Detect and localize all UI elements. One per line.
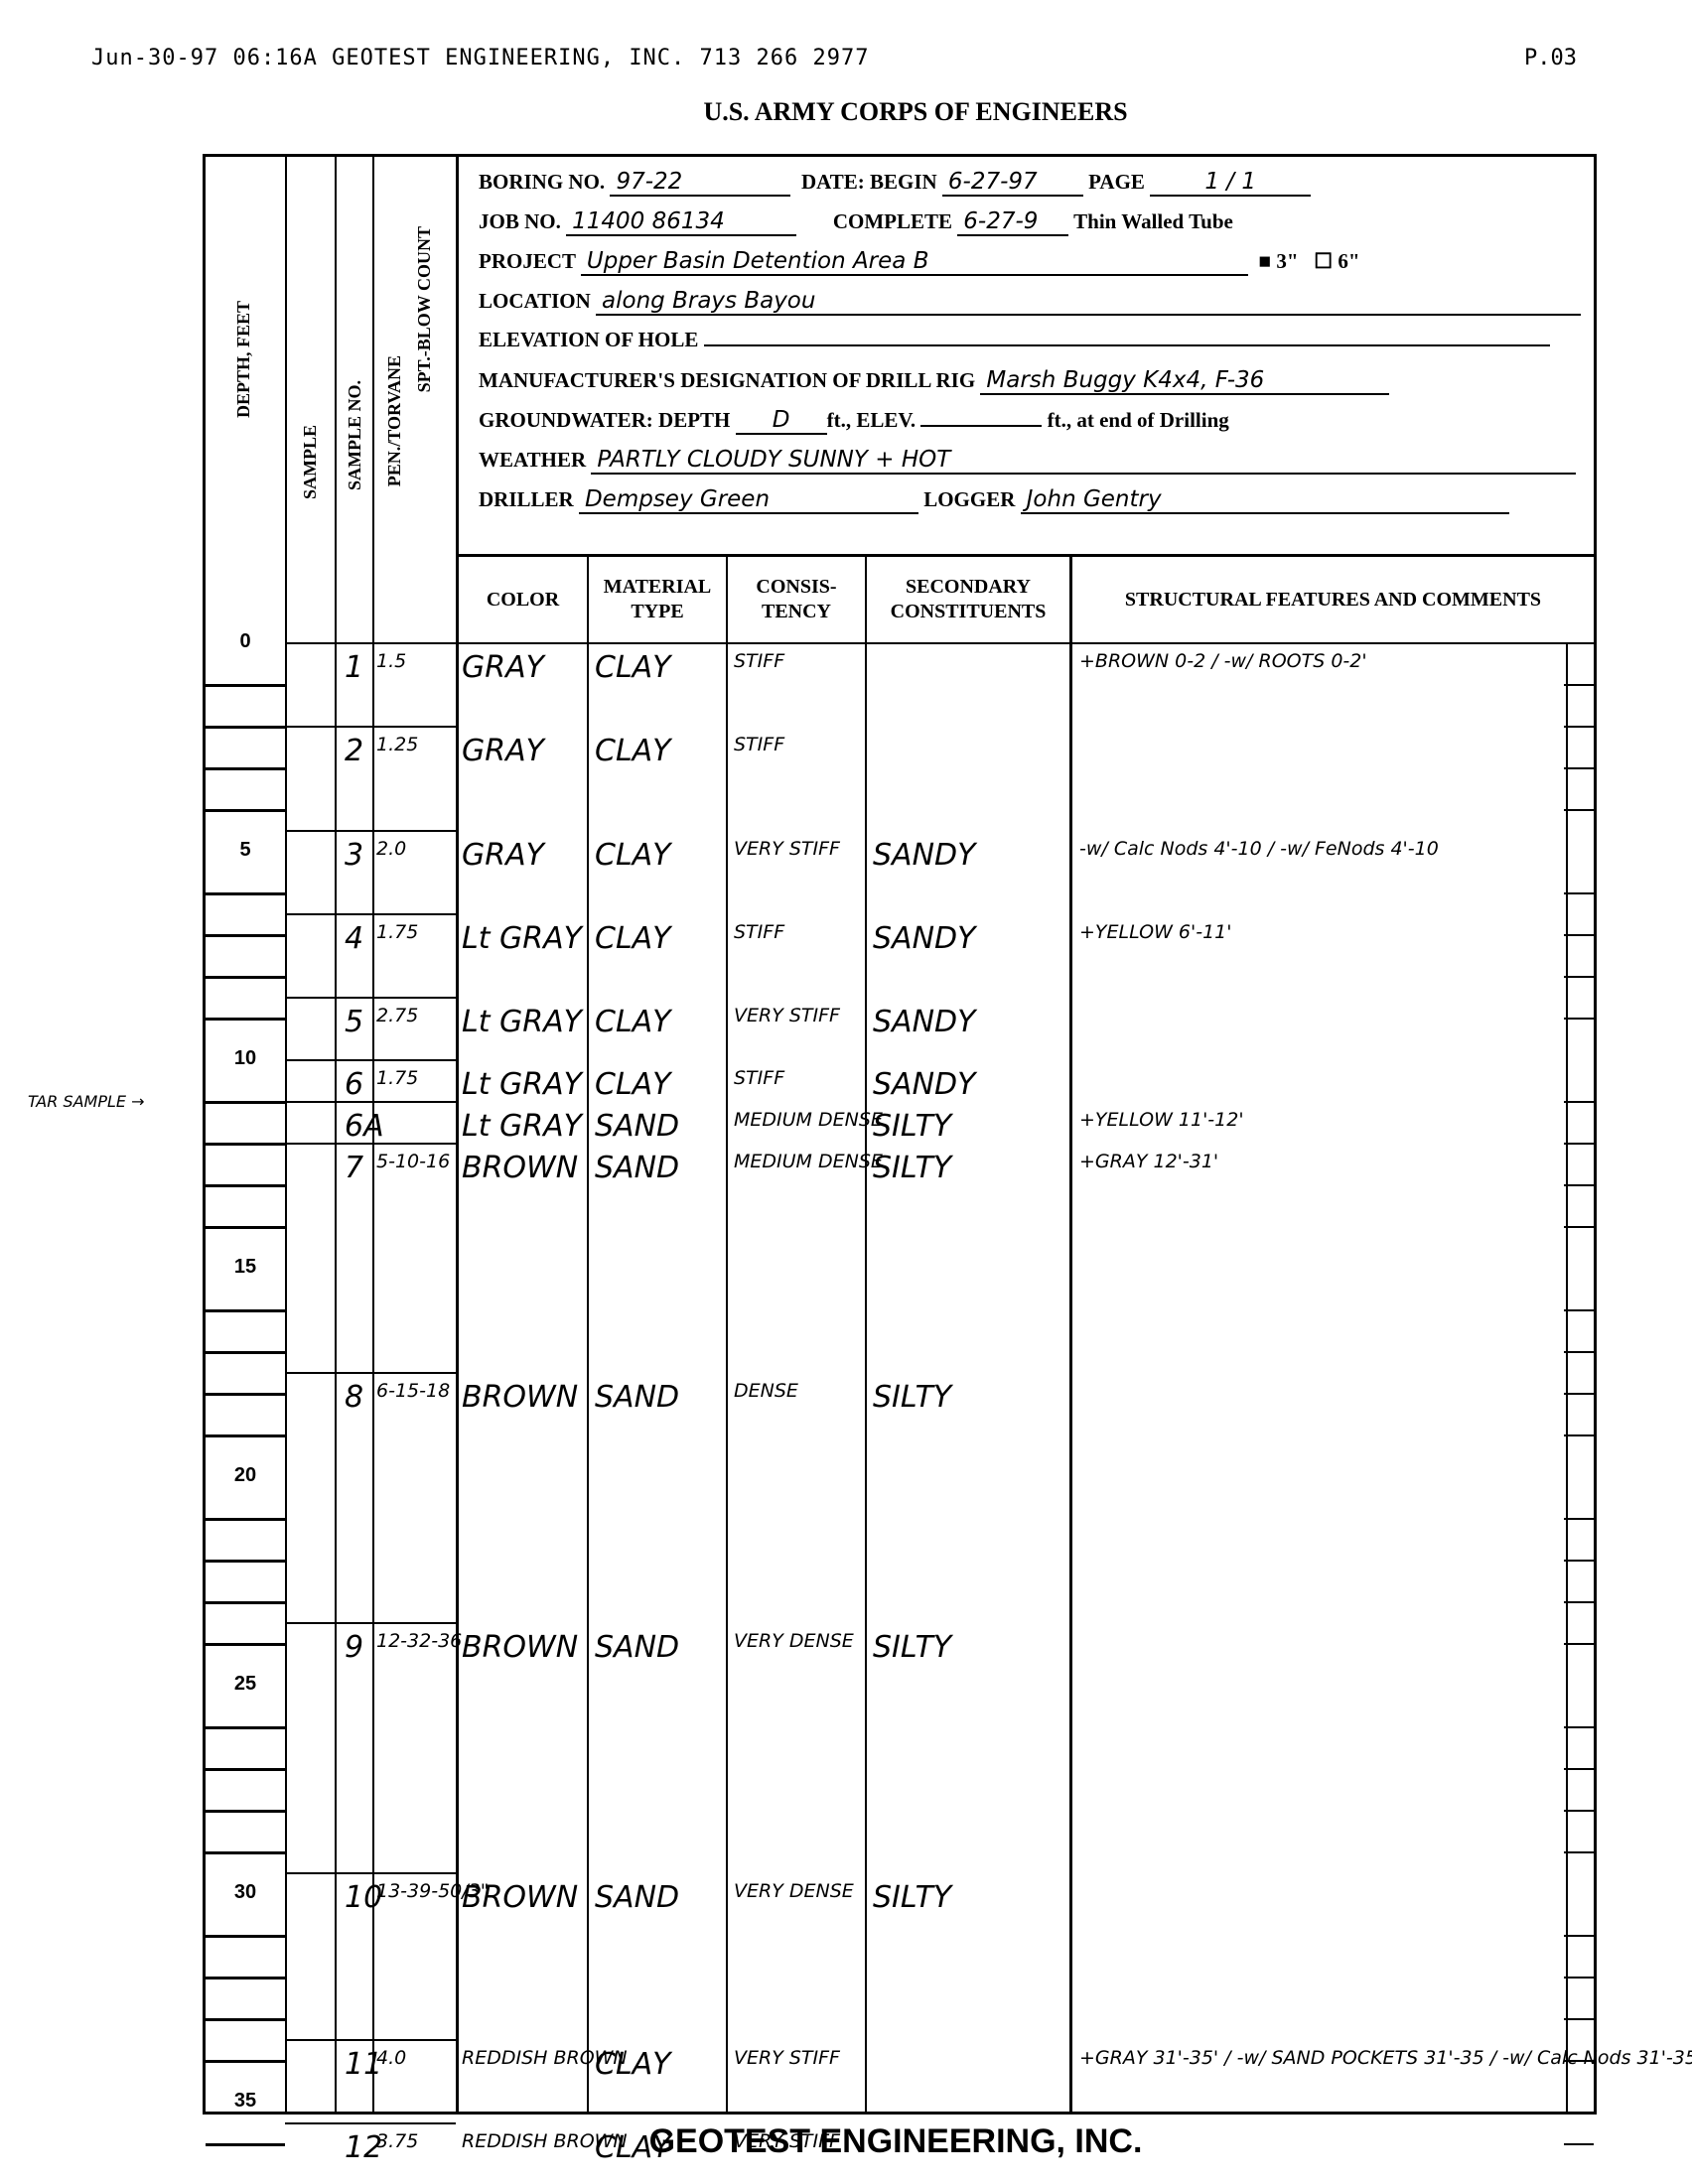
sample-divider (285, 1059, 456, 1061)
depth-tick: 5 (206, 839, 285, 862)
sample-secondary: SANDY (873, 838, 975, 873)
date-complete[interactable]: 6-27-9 (957, 208, 1068, 236)
depth-gridline (206, 1018, 285, 1021)
footer-company: GEOTEST ENGINEERING, INC. (0, 2122, 1692, 2161)
boring-log-form: DEPTH, FEET SAMPLE SAMPLE NO. PEN./TORVA… (203, 154, 1597, 2115)
checkbox-6in[interactable]: ☐ (1314, 249, 1333, 273)
sample-divider (285, 1143, 456, 1145)
spt-header: SPT.-BLOW COUNT (414, 226, 435, 392)
depth-gridline (206, 1434, 285, 1437)
depth-tick: 0 (206, 630, 285, 653)
sample-comment: +GRAY 12'-31' (1079, 1151, 1218, 1172)
divider (1566, 642, 1568, 2112)
sample-pen-value: 1.25 (376, 734, 418, 755)
col-consistency: CONSIS- TENCY (726, 557, 865, 642)
depth-gridline (1564, 1601, 1594, 1603)
depth-gridline (206, 1726, 285, 1729)
depth-gridline (1564, 1560, 1594, 1562)
sample-consistency: MEDIUM DENSE (734, 1151, 883, 1172)
sample-header: SAMPLE (300, 425, 321, 499)
sample-material: SAND (595, 1151, 679, 1185)
depth-gridline (206, 684, 285, 687)
job-label: JOB NO. (479, 209, 561, 233)
depth-gridline (1564, 1810, 1594, 1812)
logger[interactable]: John Gentry (1021, 486, 1509, 514)
sample-secondary: SILTY (873, 1151, 951, 1185)
sample-color: BROWN (462, 1630, 578, 1665)
depth-gridline (206, 1393, 285, 1396)
sample-material: CLAY (595, 838, 671, 873)
col-structural: STRUCTURAL FEATURES AND COMMENTS (1069, 557, 1594, 642)
sample-consistency: STIFF (734, 1067, 784, 1089)
page-label: PAGE (1088, 170, 1145, 194)
depth-tick: 15 (206, 1256, 285, 1279)
sample-secondary: SILTY (873, 1380, 951, 1415)
sample-sample-no: 5 (345, 1005, 363, 1039)
sample-pen-value: 2.0 (376, 838, 406, 860)
sample-secondary: SANDY (873, 1005, 975, 1039)
depth-gridline (206, 1309, 285, 1312)
pen-header: PEN./TORVANE (384, 355, 405, 486)
depth-gridline (1564, 1226, 1594, 1228)
sample-divider (285, 1622, 456, 1624)
depth-gridline (1564, 1143, 1594, 1145)
depth-gridline (206, 1810, 285, 1813)
sample-material: SAND (595, 1880, 679, 1915)
depth-gridline (206, 934, 285, 937)
sample-color: Lt GRAY (462, 921, 582, 956)
depth-gridline (1564, 1643, 1594, 1645)
depth-gridline (1564, 1309, 1594, 1311)
job-no[interactable]: 11400 86134 (566, 208, 796, 236)
sample-consistency: VERY STIFF (734, 838, 840, 860)
sample-comment: -w/ Calc Nods 4'-10 / -w/ FeNods 4'-10 (1079, 838, 1439, 860)
depth-gridline (1564, 892, 1594, 894)
depth-tick: 30 (206, 1881, 285, 1904)
depth-gridline (1564, 1935, 1594, 1937)
depth-gridline (1564, 726, 1594, 728)
depth-tick: 35 (206, 2090, 285, 2113)
logger-label: LOGGER (923, 487, 1015, 511)
sample-divider (285, 1101, 456, 1103)
sample-color: BROWN (462, 1880, 578, 1915)
sample-material: CLAY (595, 921, 671, 956)
fax-header: Jun-30-97 06:16A GEOTEST ENGINEERING, IN… (91, 46, 869, 70)
depth-gridline (206, 1935, 285, 1938)
sample-material: CLAY (595, 2047, 671, 2082)
depth-gridline (1564, 1518, 1594, 1520)
sample-consistency: VERY STIFF (734, 1005, 840, 1026)
sample-color: Lt GRAY (462, 1005, 582, 1039)
depth-gridline (206, 1518, 285, 1521)
tube-6-label: 6" (1338, 249, 1359, 273)
tar-sample-note: TAR SAMPLE → (28, 1092, 145, 1111)
sample-color: Lt GRAY (462, 1067, 582, 1102)
sample-material: SAND (595, 1109, 679, 1144)
date-begin-label: DATE: BEGIN (801, 170, 937, 194)
depth-gridline (206, 809, 285, 812)
depth-gridline (206, 1101, 285, 1104)
gw-end-label: ft., at end of Drilling (1048, 408, 1229, 432)
drill-rig[interactable]: Marsh Buggy K4x4, F-36 (980, 367, 1389, 395)
depth-gridline (1564, 1851, 1594, 1853)
sample-consistency: VERY DENSE (734, 1880, 854, 1902)
sample-divider (285, 642, 456, 644)
elevation[interactable] (704, 344, 1550, 346)
depth-gridline (1564, 976, 1594, 978)
depth-gridline (206, 767, 285, 770)
depth-gridline (1564, 1018, 1594, 1020)
depth-gridline (206, 1768, 285, 1771)
sample-consistency: MEDIUM DENSE (734, 1109, 883, 1131)
sample-secondary: SANDY (873, 1067, 975, 1102)
divider (865, 642, 867, 2112)
checkbox-3in-checked[interactable]: ■ (1258, 249, 1271, 273)
sample-pen-value: 12-32-36 (376, 1630, 462, 1652)
sample-sample-no: 6 (345, 1067, 363, 1102)
depth-gridline (206, 1184, 285, 1187)
sample-comment: +GRAY 31'-35' / -w/ SAND POCKETS 31'-35 … (1079, 2047, 1692, 2069)
sample-consistency: STIFF (734, 734, 784, 755)
sample-divider (285, 2039, 456, 2041)
depth-gridline (1564, 1977, 1594, 1979)
depth-gridline (1564, 1768, 1594, 1770)
col-color: COLOR (456, 557, 587, 642)
agency-title: U.S. ARMY CORPS OF ENGINEERS (0, 97, 1692, 127)
sample-color: GRAY (462, 650, 544, 685)
sample-pen-value: 1.75 (376, 921, 418, 943)
depth-tick: 20 (206, 1464, 285, 1487)
sample-pen-value: 5-10-16 (376, 1151, 450, 1172)
depth-gridline (206, 1351, 285, 1354)
depth-gridline (206, 726, 285, 729)
sample-divider (285, 726, 456, 728)
sample-sample-no: 4 (345, 921, 363, 956)
sample-consistency: VERY STIFF (734, 2047, 840, 2069)
sample-consistency: VERY DENSE (734, 1630, 854, 1652)
gw-depth[interactable]: D (736, 407, 827, 435)
depth-gridline (206, 2018, 285, 2021)
sample-sample-no: 8 (345, 1380, 363, 1415)
divider (587, 642, 589, 2112)
elevation-label: ELEVATION OF HOLE (479, 328, 698, 351)
depth-gridline (206, 2060, 285, 2063)
col-secondary: SECONDARY CONSTITUENTS (865, 557, 1069, 642)
gw-ft-label: ft., ELEV. (827, 408, 916, 432)
sample-secondary: SANDY (873, 921, 975, 956)
sample-comment: +YELLOW 6'-11' (1079, 921, 1231, 943)
depth-gridline (206, 1851, 285, 1854)
sample-consistency: STIFF (734, 921, 784, 943)
divider (285, 157, 287, 2112)
depth-gridline (206, 1143, 285, 1146)
boring-label: BORING NO. (479, 170, 605, 194)
sample-material: CLAY (595, 1067, 671, 1102)
sample-pen-value: 6-15-18 (376, 1380, 450, 1402)
driller[interactable]: Dempsey Green (579, 486, 918, 514)
sample-color: Lt GRAY (462, 1109, 582, 1144)
project[interactable]: Upper Basin Detention Area B (581, 248, 1248, 276)
divider (335, 157, 337, 2112)
divider (726, 642, 728, 2112)
tube-3-label: 3" (1276, 249, 1298, 273)
weather-label: WEATHER (479, 448, 586, 472)
sample-secondary: SILTY (873, 1109, 951, 1144)
depth-gridline (1564, 1351, 1594, 1353)
depth-tick: 10 (206, 1047, 285, 1070)
boring-header: BORING NO. 97-22 DATE: BEGIN 6-27-97 PAG… (456, 157, 1594, 557)
sample-sample-no: 1 (345, 650, 363, 685)
depth-gridline (1564, 934, 1594, 936)
depth-gridline (1564, 1393, 1594, 1395)
gw-elev[interactable] (920, 425, 1042, 427)
depth-gridline (1564, 1101, 1594, 1103)
col-material: MATERIAL TYPE (587, 557, 726, 642)
sample-sample-no: 7 (345, 1151, 363, 1185)
depth-gridline (1564, 1184, 1594, 1186)
depth-header: DEPTH, FEET (233, 301, 254, 418)
gw-label: GROUNDWATER: DEPTH (479, 408, 730, 432)
sample-divider (285, 1872, 456, 1874)
sample-material: CLAY (595, 1005, 671, 1039)
driller-label: DRILLER (479, 487, 574, 511)
sample-sample-no: 2 (345, 734, 363, 768)
complete-label: COMPLETE (833, 209, 952, 233)
sample-pen-value: 2.75 (376, 1005, 418, 1026)
sample-material: SAND (595, 1630, 679, 1665)
depth-gridline (206, 892, 285, 895)
sample-consistency: DENSE (734, 1380, 798, 1402)
depth-gridline (1564, 1434, 1594, 1436)
sample-comment: +YELLOW 11'-12' (1079, 1109, 1244, 1131)
sample-comment: +BROWN 0-2 / -w/ ROOTS 0-2' (1079, 650, 1367, 672)
depth-gridline (206, 1977, 285, 1979)
sample-consistency: STIFF (734, 650, 784, 672)
depth-gridline (1564, 684, 1594, 686)
sample-color: GRAY (462, 734, 544, 768)
sample-color: GRAY (462, 838, 544, 873)
location-label: LOCATION (479, 289, 591, 313)
depth-gridline (1564, 809, 1594, 811)
depth-gridline (1564, 767, 1594, 769)
sample-pen-value: 1.5 (376, 650, 406, 672)
sample-material: CLAY (595, 650, 671, 685)
sample-divider (285, 1372, 456, 1374)
sample-divider (285, 830, 456, 832)
fax-page-number: P.03 (1524, 46, 1577, 70)
date-begin[interactable]: 6-27-97 (942, 169, 1083, 197)
depth-gridline (206, 1643, 285, 1646)
sample-color: BROWN (462, 1151, 578, 1185)
sample-pen-value: 4.0 (376, 2047, 406, 2069)
divider (1069, 642, 1072, 2112)
divider (456, 642, 1594, 644)
sample-secondary: SILTY (873, 1630, 951, 1665)
tube-label: Thin Walled Tube (1073, 209, 1233, 233)
sample-material: CLAY (595, 734, 671, 768)
depth-gridline (206, 1560, 285, 1563)
sample-pen-value: 1.75 (376, 1067, 418, 1089)
rig-label: MANUFACTURER'S DESIGNATION OF DRILL RIG (479, 368, 975, 392)
sample-sample-no: 9 (345, 1630, 363, 1665)
boring-no[interactable]: 97-22 (610, 169, 790, 197)
depth-gridline (206, 1601, 285, 1604)
sample-material: SAND (595, 1380, 679, 1415)
depth-gridline (1564, 2018, 1594, 2020)
sample-secondary: SILTY (873, 1880, 951, 1915)
depth-gridline (206, 976, 285, 979)
sample-no-header: SAMPLE NO. (345, 380, 365, 490)
sample-divider (285, 997, 456, 999)
sample-divider (285, 913, 456, 915)
depth-tick: 25 (206, 1673, 285, 1696)
page-value[interactable]: 1 / 1 (1150, 169, 1311, 197)
depth-gridline (1564, 1726, 1594, 1728)
sample-sample-no: 3 (345, 838, 363, 873)
location[interactable]: along Brays Bayou (596, 288, 1581, 316)
project-label: PROJECT (479, 249, 576, 273)
sample-sample-no: 6A (345, 1109, 384, 1144)
sample-color: BROWN (462, 1380, 578, 1415)
depth-gridline (206, 1226, 285, 1229)
weather[interactable]: PARTLY CLOUDY SUNNY + HOT (591, 447, 1576, 475)
